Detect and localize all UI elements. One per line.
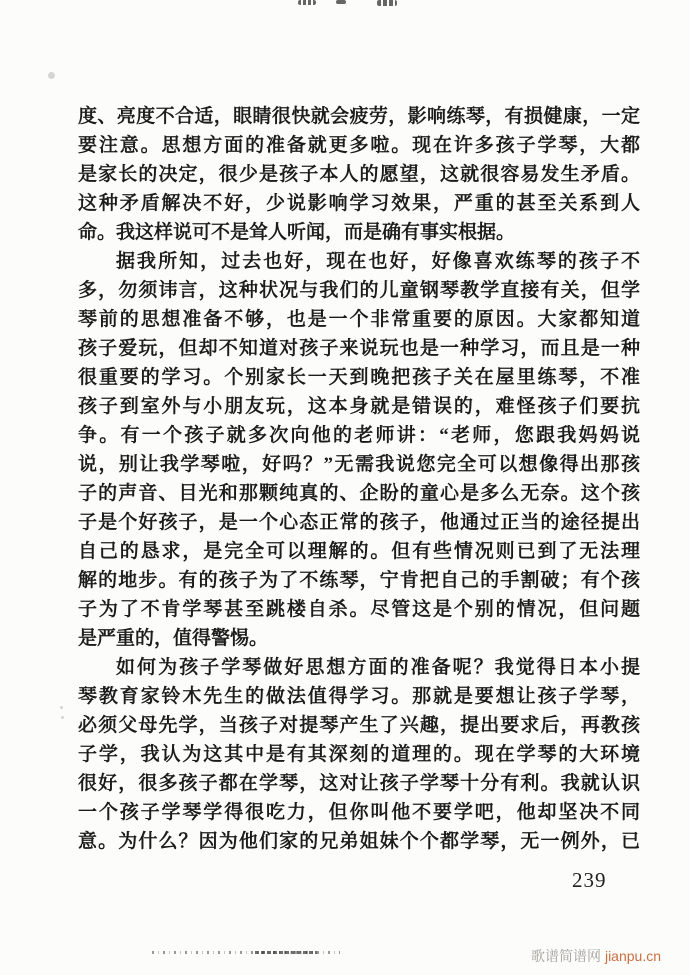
scan-artifact-bottom-line [255, 951, 317, 954]
watermark: 歌谱简谱网jianpu.cn [531, 946, 661, 966]
page-body-text: 度、亮度不合适，眼睛很快就会疲劳，影响练琴，有损健康，一定要注意。思想方面的准备… [78, 102, 640, 856]
text-line: 子是个好孩子，是一个心态正常的孩子，他通过正当的途径提出 [78, 508, 640, 537]
scan-artifact-top [298, 0, 316, 5]
text-line: 命。我这样说可不是耸人听闻，而是确有事实根据。 [78, 218, 640, 247]
text-line: 多，勿须讳言，这种状况与我们的儿童钢琴教学直接有关，但学 [78, 276, 640, 305]
scanned-book-page: 度、亮度不合适，眼睛很快就会疲劳，影响练琴，有损健康，一定要注意。思想方面的准备… [0, 0, 690, 975]
scan-artifact-top [336, 0, 346, 4]
scan-artifact-speck [60, 706, 63, 709]
text-line: 度、亮度不合适，眼睛很快就会疲劳，影响练琴，有损健康，一定 [78, 102, 640, 131]
text-line: 一个孩子学琴学得很吃力，但你叫他不要学吧，他却坚决不同 [78, 798, 640, 827]
text-line: 要注意。思想方面的准备就更多啦。现在许多孩子学琴，大都 [78, 131, 640, 160]
text-line: 如何为孩子学琴做好思想方面的准备呢？我觉得日本小提 [78, 653, 640, 682]
text-line: 琴前的思想准备不够，也是一个非常重要的原因。大家都知道 [78, 305, 640, 334]
text-line: 争。有一个孩子就多次向他的老师讲：“老师，您跟我妈妈说 [78, 421, 640, 450]
page-number: 239 [572, 868, 607, 893]
text-line: 解的地步。有的孩子为了不练琴，宁肯把自己的手割破；有个孩 [78, 566, 640, 595]
text-line: 这种矛盾解决不好，少说影响学习效果，严重的甚至关系到人 [78, 189, 640, 218]
text-line: 必须父母先学，当孩子对提琴产生了兴趣，提出要求后，再教孩 [78, 711, 640, 740]
watermark-site-url: jianpu.cn [605, 948, 661, 964]
text-line: 孩子爱玩，但却不知道对孩子来说玩也是一种学习，而且是一种 [78, 334, 640, 363]
text-line: 很好，很多孩子都在学琴，这对让孩子学琴十分有利。我就认识 [78, 769, 640, 798]
text-line: 子为了不肯学琴甚至跳楼自杀。尽管这是个别的情况，但问题 [78, 595, 640, 624]
text-line: 是家长的决定，很少是孩子本人的愿望，这就很容易发生矛盾。 [78, 160, 640, 189]
text-line: 说，别让我学琴啦，好吗？”无需我说您完全可以想像得出那孩 [78, 450, 640, 479]
text-line: 子学，我认为这其中是有其深刻的道理的。现在学琴的大环境 [78, 740, 640, 769]
watermark-site-name: 歌谱简谱网 [531, 948, 601, 964]
text-line: 很重要的学习。个别家长一天到晚把孩子关在屋里练琴，不准 [78, 363, 640, 392]
text-line: 孩子到室外与小朋友玩，这本身就是错误的，难怪孩子们要抗 [78, 392, 640, 421]
scan-artifact-top [377, 0, 397, 6]
scan-artifact-speck [48, 72, 55, 79]
text-line: 是严重的，值得警惕。 [78, 624, 640, 653]
scan-artifact-speck [61, 716, 64, 719]
text-line: 琴教育家铃木先生的做法值得学习。那就是要想让孩子学琴， [78, 682, 640, 711]
text-line: 意。为什么？因为他们家的兄弟姐妹个个都学琴，无一例外，已 [78, 827, 640, 856]
text-line: 据我所知，过去也好，现在也好，好像喜欢练琴的孩子不 [78, 247, 640, 276]
text-line: 自己的恳求，是完全可以理解的。但有些情况则已到了无法理 [78, 537, 640, 566]
text-line: 子的声音、目光和那颗纯真的、企盼的童心是多么无奈。这个孩 [78, 479, 640, 508]
